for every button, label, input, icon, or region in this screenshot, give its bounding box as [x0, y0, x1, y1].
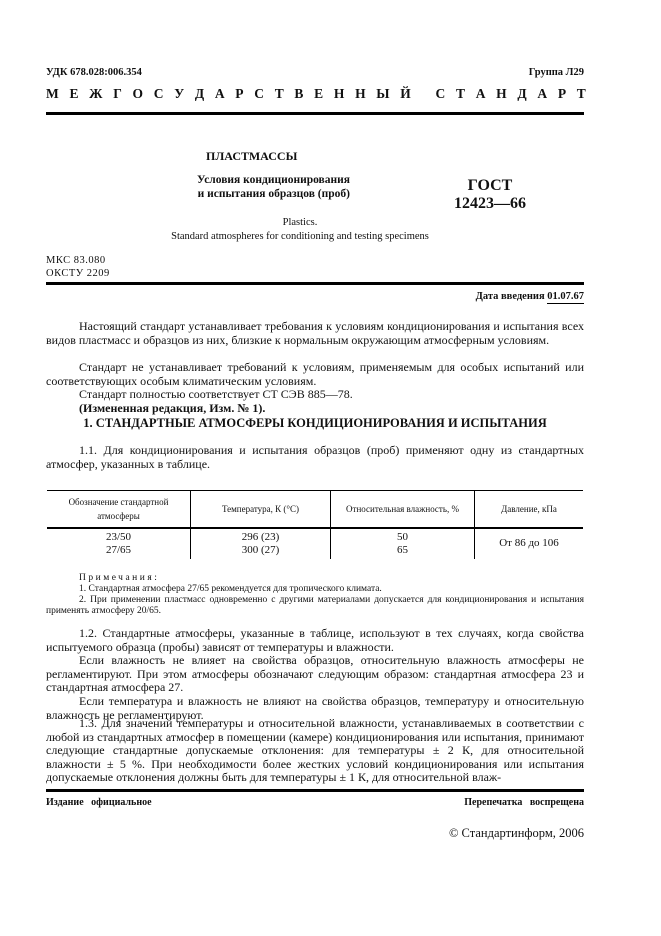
heading-letter: Г	[113, 86, 122, 102]
temperature-27-65: 300 (27)	[192, 544, 329, 557]
heading-letter: Е	[314, 86, 323, 102]
note-1: 1. Стандартная атмосфера 27/65 рекоменду…	[46, 584, 584, 595]
reprint-prohibited-label: Перепечатка воспрещена	[464, 797, 584, 808]
heading-letter: А	[215, 86, 225, 102]
heading-letter: Т	[456, 86, 465, 102]
gost-number: 12423—66	[440, 195, 540, 213]
classification-rule	[46, 282, 584, 285]
subtitle-line-1: Условия кондиционирования	[150, 173, 350, 187]
heading-letter: С	[154, 86, 164, 102]
intro-paragraph-1: Настоящий стандарт устанавливает требова…	[46, 320, 584, 347]
english-title: Plastics. Standard atmospheres for condi…	[100, 216, 500, 244]
heading-letter: Р	[235, 86, 243, 102]
clause-1-1: 1.1. Для кондиционирования и испытания о…	[46, 444, 584, 471]
humidity-23-50: 50	[332, 531, 473, 544]
amendment-note: (Измененная редакция, Изм. № 1).	[46, 402, 584, 416]
heading-letter: Н	[334, 86, 345, 102]
temperature-23-50: 296 (23)	[192, 531, 329, 544]
clause-1-3: 1.3. Для значений температуры и относите…	[46, 717, 584, 785]
intro-paragraph-2: Стандарт не устанавливает требований к у…	[46, 361, 584, 388]
designation-23-50: 23/50	[48, 531, 189, 544]
heading-letter: Д	[195, 86, 204, 102]
table-row: 23/50 27/65 296 (23) 300 (27) 50 65 От 8…	[47, 528, 583, 559]
table-notes: Примечания: 1. Стандартная атмосфера 27/…	[46, 573, 584, 617]
standard-type-heading: МЕЖГОСУДАРСТВЕННЫЙ СТАНДАРТ	[46, 86, 586, 102]
intro-paragraph-3: Стандарт полностью соответствует СТ СЭВ …	[46, 388, 584, 402]
humidity-27-65: 65	[332, 544, 473, 557]
english-title-line-2: Standard atmospheres for conditioning an…	[100, 230, 500, 244]
heading-letter: С	[436, 86, 446, 102]
heading-letter: Д	[517, 86, 526, 102]
okstu-code: ОКСТУ 2209	[46, 267, 110, 280]
official-edition-label: Издание официальное	[46, 797, 152, 808]
english-title-line-1: Plastics.	[100, 216, 500, 230]
classification-codes: МКС 83.080 ОКСТУ 2209	[46, 254, 110, 280]
clause-1-2-humidity: Если влажность не влияет на свойства обр…	[46, 654, 584, 695]
header-temperature: Температура, К (°С)	[191, 491, 331, 529]
heading-letter: Н	[496, 86, 507, 102]
heading-letter	[421, 86, 424, 102]
heading-letter: У	[174, 86, 184, 102]
heading-letter: В	[294, 86, 303, 102]
pressure-cell: От 86 до 106	[475, 528, 584, 559]
header-pressure: Давление, кПа	[475, 491, 584, 529]
note-2: 2. При применении пластмасс одновременно…	[46, 595, 584, 617]
heading-letter: Т	[275, 86, 284, 102]
heading-letter: Ы	[376, 86, 389, 102]
header-designation: Обозначение стандартной атмосферы	[47, 491, 191, 529]
standard-atmospheres-table: Обозначение стандартной атмосферы Темпер…	[47, 490, 583, 559]
heading-letter: Ж	[89, 86, 102, 102]
document-title: ПЛАСТМАССЫ	[206, 149, 297, 164]
clause-1-2: 1.2. Стандартные атмосферы, указанные в …	[46, 627, 584, 654]
introduction-date-label: Дата введения	[476, 291, 548, 302]
gost-designation: ГОСТ 12423—66	[440, 177, 540, 213]
heading-letter: Т	[577, 86, 586, 102]
heading-letter: С	[254, 86, 264, 102]
header-humidity: Относительная влажность, %	[331, 491, 475, 529]
table-header-row: Обозначение стандартной атмосферы Темпер…	[47, 491, 583, 529]
document-subtitle: Условия кондиционирования и испытания об…	[150, 173, 350, 201]
footer-rule	[46, 789, 584, 792]
humidity-cell: 50 65	[331, 528, 475, 559]
introduction-date-value: 01.07.67	[547, 291, 584, 304]
heading-letter: А	[537, 86, 547, 102]
heading-letter: Р	[558, 86, 566, 102]
introduction-date: Дата введения 01.07.67	[476, 291, 584, 302]
designation-cell: 23/50 27/65	[47, 528, 191, 559]
header-rule	[46, 112, 584, 115]
heading-letter: М	[46, 86, 59, 102]
heading-letter: Й	[400, 86, 411, 102]
heading-letter: Е	[69, 86, 78, 102]
heading-letter: А	[476, 86, 486, 102]
heading-letter: Н	[355, 86, 366, 102]
designation-27-65: 27/65	[48, 544, 189, 557]
section-1-title: 1. СТАНДАРТНЫЕ АТМОСФЕРЫ КОНДИЦИОНИРОВАН…	[46, 416, 584, 431]
mks-code: МКС 83.080	[46, 254, 110, 267]
gost-label: ГОСТ	[440, 177, 540, 195]
udk-code: УДК 678.028:006.354	[46, 67, 142, 78]
temperature-cell: 296 (23) 300 (27)	[191, 528, 331, 559]
group-code: Группа Л29	[529, 67, 584, 78]
notes-heading: Примечания:	[46, 573, 584, 584]
heading-letter: О	[133, 86, 144, 102]
subtitle-line-2: и испытания образцов (проб)	[150, 187, 350, 201]
copyright: © Стандартинформ, 2006	[449, 826, 584, 841]
